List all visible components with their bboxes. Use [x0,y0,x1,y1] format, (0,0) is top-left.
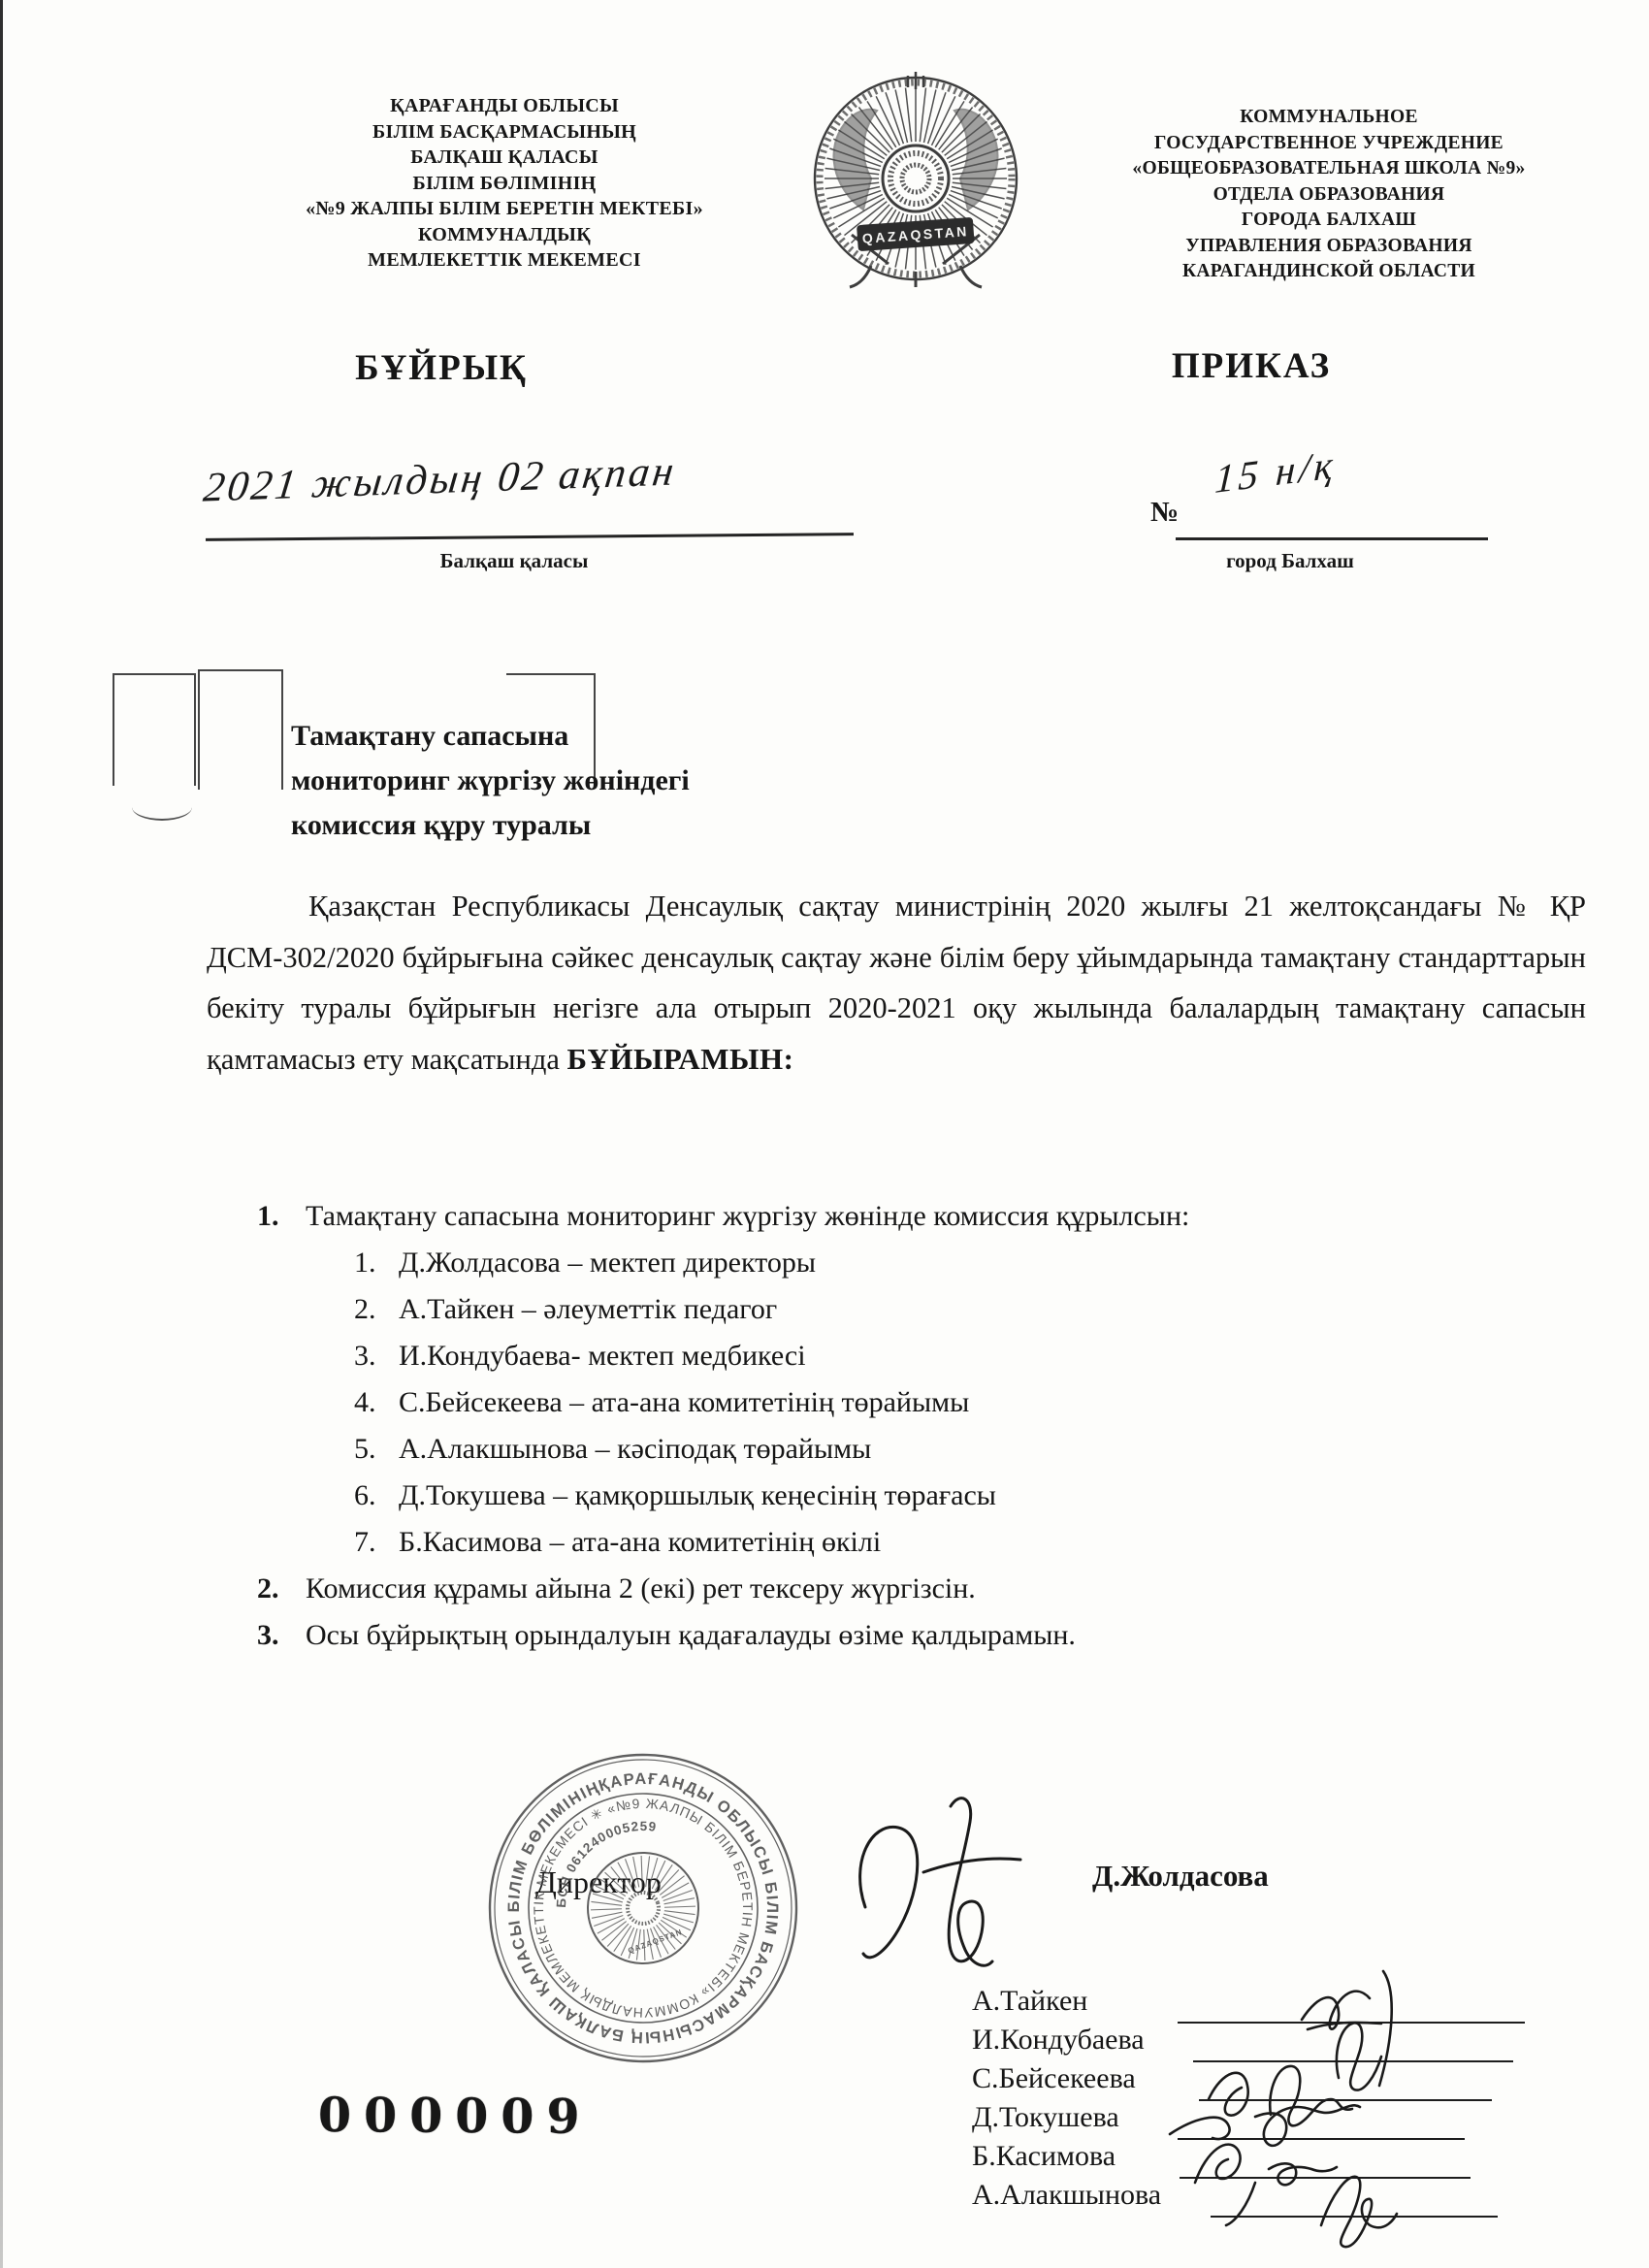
page-number-stamp: 000009 [318,2087,593,2145]
order-subject: Тамақтану сапасына мониторинг жүргізу жө… [291,714,873,848]
org-line: БАЛҚАШ ҚАЛАСЫ [209,145,800,171]
date-underline [206,533,854,541]
subject-line: Тамақтану сапасына [291,714,873,759]
director-name: Д.Жолдасова [1092,1859,1269,1894]
member-text: Б.Касимова – ата-ана комитетінің өкілі [399,1519,881,1566]
order-item-1: 1. Тамақтану сапасына мониторинг жүргізу… [257,1193,1584,1240]
order-preamble: Қазақстан Республикасы Денсаулық сақтау … [207,881,1586,1085]
item-number: 1. [257,1193,306,1240]
place-kk: Балқаш қаласы [320,549,708,573]
handwritten-number: 15 н/қ [1213,440,1338,502]
handwritten-date: 2021 жылдың 02 ақпан [201,447,679,511]
director-signature [826,1783,1050,2001]
org-line: МЕМЛЕКЕТТІК МЕКЕМЕСІ [209,247,800,274]
signatory-signature [1292,2161,1447,2253]
member-text: А.Алакшынова – кәсіподақ төрайымы [399,1426,871,1473]
member-number: 7. [354,1519,399,1566]
preamble-text: Қазақстан Республикасы Денсаулық сақтау … [207,890,1586,1076]
stamp-banner-text: QAZAQSTAN [627,1928,684,1956]
order-items: 1. Тамақтану сапасына мониторинг жүргізу… [257,1193,1584,1659]
commission-member: 4.С.Бейсекеева – ата-ана комитетінің төр… [354,1379,1584,1426]
scan-edge-line [0,0,3,2268]
item-text: Осы бұйрықтың орындалуын қадағалауды өзі… [306,1612,1076,1659]
scan-box-mark [113,673,196,786]
item-text: Тамақтану сапасына мониторинг жүргізу жө… [306,1193,1584,1240]
commission-member: 3.И.Кондубаева- мектеп медбикесі [354,1333,1584,1379]
decree-word: БҰЙЫРАМЫН: [567,1042,794,1076]
document-page: ҚАРАҒАНДЫ ОБЛЫСЫ БІЛІМ БАСҚАРМАСЫНЫҢ БАЛ… [0,0,1649,2268]
member-number: 6. [354,1473,399,1519]
member-text: С.Бейсекеева – ата-ана комитетінің төрай… [399,1379,969,1426]
scan-box-mark [198,669,283,790]
member-number: 2. [354,1286,399,1333]
org-line: ОТДЕЛА ОБРАЗОВАНИЯ [1046,182,1612,209]
signatory-name: С.Бейсекеева [972,2062,1136,2094]
letterhead-right: КОММУНАЛЬНОЕ ГОСУДАРСТВЕННОЕ УЧРЕЖДЕНИЕ … [1046,105,1612,285]
member-text: Д.Жолдасова – мектеп директоры [399,1240,816,1286]
state-emblem-icon: QAZAQSTAN [803,64,1028,301]
signatory-name: А.Алакшынова [972,2179,1161,2211]
member-number: 3. [354,1333,399,1379]
org-line: ГОРОДА БАЛХАШ [1046,208,1612,234]
order-title-kk: БҰЙРЫҚ [247,347,635,389]
number-label: № [1150,497,1179,529]
commission-list: 1.Д.Жолдасова – мектеп директоры 2.А.Тай… [257,1240,1584,1566]
subject-line: комиссия құру туралы [291,803,873,848]
order-item-2: 2. Комиссия құрамы айына 2 (екі) рет тек… [257,1566,1584,1612]
member-number: 5. [354,1426,399,1473]
commission-member: 2.А.Тайкен – әлеуметтік педагог [354,1286,1584,1333]
number-underline [1176,537,1488,540]
stamp-ring-outer-text: ҚАРАҒАНДЫ ОБЛЫСЫ БІЛІМ БАСҚАРМАСЫНЫҢ БАЛ… [467,1732,820,2085]
member-text: Д.Токушева – қамқоршылық кеңесінің төрағ… [399,1473,996,1519]
svg-text:«№9 ЖАЛПЫ БІЛІМ БЕРЕТІН МЕКТЕБ: «№9 ЖАЛПЫ БІЛІМ БЕРЕТІН МЕКТЕБІ» КОММУНА… [499,1764,788,2053]
commission-member: 6.Д.Токушева – қамқоршылық кеңесінің төр… [354,1473,1584,1519]
svg-text:ҚАРАҒАНДЫ ОБЛЫСЫ БІЛІМ БАСҚАРМ: ҚАРАҒАНДЫ ОБЛЫСЫ БІЛІМ БАСҚАРМАСЫНЫҢ БАЛ… [467,1732,820,2085]
member-number: 1. [354,1240,399,1286]
org-line: УПРАВЛЕНИЯ ОБРАЗОВАНИЯ [1046,234,1612,260]
order-title-ru: ПРИКАЗ [1057,345,1445,387]
order-item-3: 3. Осы бұйрықтың орындалуын қадағалауды … [257,1612,1584,1659]
org-line: БІЛІМ БАСҚАРМАСЫНЫҢ [209,119,800,146]
org-line: «№9 ЖАЛПЫ БІЛІМ БЕРЕТІН МЕКТЕБІ» [209,196,800,222]
org-line: ГОСУДАРСТВЕННОЕ УЧРЕЖДЕНИЕ [1046,131,1612,157]
letterhead-left: ҚАРАҒАНДЫ ОБЛЫСЫ БІЛІМ БАСҚАРМАСЫНЫҢ БАЛ… [209,93,800,274]
signatory-name: Д.Токушева [972,2101,1119,2133]
item-number: 2. [257,1566,306,1612]
item-text: Комиссия құрамы айына 2 (екі) рет тексер… [306,1566,976,1612]
place-ru: город Балхаш [1096,549,1484,573]
signatory-name: И.Кондубаева [972,2024,1145,2056]
commission-member: 5.А.Алакшынова – кәсіподақ төрайымы [354,1426,1584,1473]
signatory-row: А.Тайкен [972,1985,1554,2024]
commission-member: 7.Б.Касимова – ата-ана комитетінің өкілі [354,1519,1584,1566]
member-text: А.Тайкен – әлеуметтік педагог [399,1286,777,1333]
official-round-stamp: ҚАРАҒАНДЫ ОБЛЫСЫ БІЛІМ БАСҚАРМАСЫНЫҢ БАЛ… [481,1746,805,2070]
item-number: 3. [257,1612,306,1659]
org-line: КОММУНАЛЬНОЕ [1046,105,1612,131]
signatory-name: Б.Касимова [972,2140,1115,2172]
member-number: 4. [354,1379,399,1426]
subject-line: мониторинг жүргізу жөніндегі [291,759,873,803]
scan-curve-mark [132,794,192,821]
member-text: И.Кондубаева- мектеп медбикесі [399,1333,806,1379]
org-line: ҚАРАҒАНДЫ ОБЛЫСЫ [209,93,800,119]
org-line: КОММУНАЛДЫҚ [209,222,800,248]
commission-member: 1.Д.Жолдасова – мектеп директоры [354,1240,1584,1286]
stamp-ring-inner-text: «№9 ЖАЛПЫ БІЛІМ БЕРЕТІН МЕКТЕБІ» КОММУНА… [499,1764,788,2053]
org-line: «ОБЩЕОБРАЗОВАТЕЛЬНАЯ ШКОЛА №9» [1046,156,1612,182]
org-line: БІЛІМ БӨЛІМІНІҢ [209,171,800,197]
org-line: КАРАГАНДИНСКОЙ ОБЛАСТИ [1046,259,1612,285]
